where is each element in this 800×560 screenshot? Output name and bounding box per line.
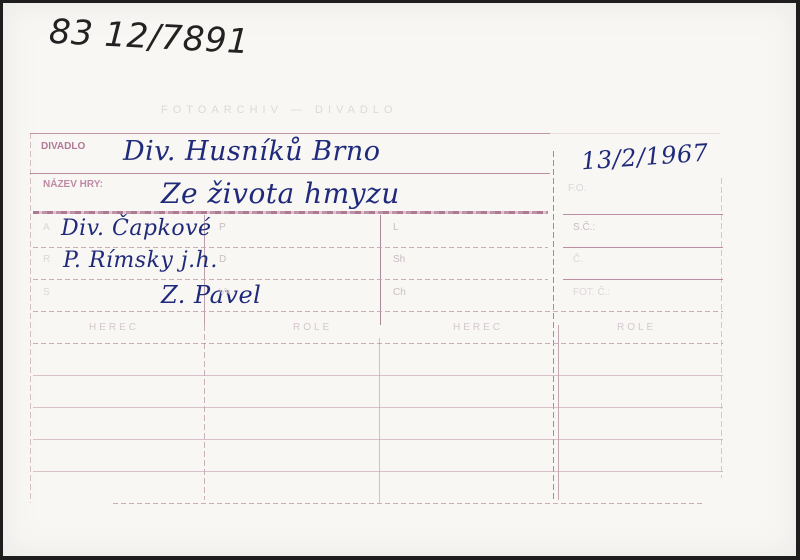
rule bbox=[563, 279, 723, 280]
colhead-herec-1: HEREC bbox=[89, 322, 139, 333]
label-l: L bbox=[393, 222, 399, 233]
value-r: P. Rímsky j.h. bbox=[63, 248, 218, 273]
table-row-rule bbox=[113, 503, 703, 504]
label-vk: Vk bbox=[219, 287, 231, 298]
value-nazev-hry: Ze života hmyzu bbox=[161, 177, 400, 210]
value-a: Div. Čapkové bbox=[61, 216, 212, 241]
table-row-rule bbox=[33, 439, 723, 440]
table-row-rule bbox=[33, 375, 723, 376]
label-fot-c: FOT. Č.: bbox=[573, 287, 610, 298]
label-divadlo: DIVADLO bbox=[41, 141, 85, 152]
label-sh: Sh bbox=[393, 254, 405, 265]
divider bbox=[380, 215, 381, 325]
divider bbox=[204, 325, 205, 500]
value-divadlo: Div. Husníků Brno bbox=[123, 136, 381, 167]
label-s: S bbox=[43, 287, 50, 298]
divider bbox=[379, 338, 380, 503]
rule bbox=[33, 343, 723, 344]
rule bbox=[563, 214, 723, 215]
label-r: R bbox=[43, 254, 50, 265]
rule bbox=[33, 311, 723, 312]
label-c: Č. bbox=[573, 254, 583, 265]
label-sc: S.Č.: bbox=[573, 222, 595, 233]
rule bbox=[30, 173, 550, 174]
colhead-role-2: ROLE bbox=[617, 322, 656, 333]
rule bbox=[30, 133, 720, 134]
label-d: D bbox=[219, 254, 226, 265]
rule bbox=[563, 247, 723, 248]
label-fo: F.O. bbox=[568, 183, 586, 194]
archive-number: 83 12/7891 bbox=[48, 12, 250, 62]
colhead-herec-2: HEREC bbox=[453, 322, 503, 333]
table-row-rule bbox=[33, 407, 723, 408]
archive-card: 83 12/7891 FOTOARCHIV — DIVADLO DIVADLO … bbox=[3, 3, 796, 556]
label-nazev-hry: NÁZEV HRY: bbox=[43, 179, 103, 190]
divider bbox=[721, 178, 722, 478]
colhead-role-1: ROLE bbox=[293, 322, 332, 333]
rule-thick bbox=[33, 211, 548, 214]
rule bbox=[33, 279, 548, 280]
divider bbox=[558, 325, 559, 500]
left-border bbox=[30, 133, 31, 503]
header-stamp: FOTOARCHIV — DIVADLO bbox=[161, 104, 398, 116]
label-ch: Ch bbox=[393, 287, 406, 298]
date: 13/2/1967 bbox=[580, 139, 709, 176]
divider bbox=[553, 151, 554, 501]
table-row-rule bbox=[33, 471, 723, 472]
label-a: A bbox=[43, 222, 50, 233]
value-s: Z. Pavel bbox=[161, 281, 261, 309]
label-p: P bbox=[219, 222, 226, 233]
